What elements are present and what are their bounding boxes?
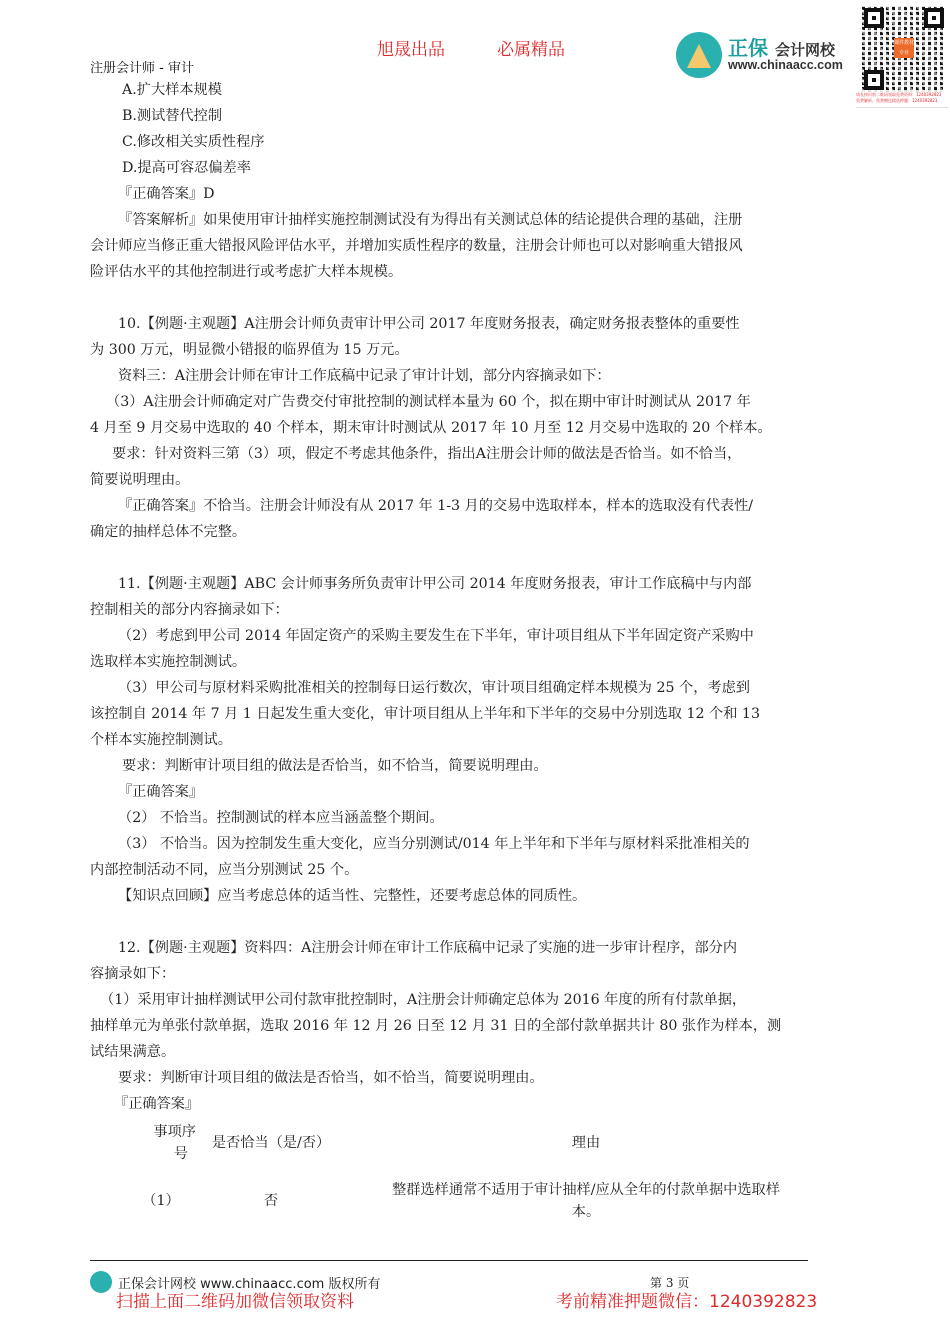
- material-three-item-3: （3）A注册会计师确定对广告费交付审批控制的测试样本量为 60 个，拟在期中审计…: [106, 389, 751, 415]
- question-11-item-2-cont: 选取样本实施控制测试。: [90, 649, 246, 675]
- question-10-cont: 为 300 万元，明显微小错报的临界值为 15 万元。: [90, 337, 409, 363]
- option-b: B.测试替代控制: [122, 103, 222, 129]
- answer-analysis: 『答案解析』如果使用审计抽样实施控制测试没有为得出有关测试总体的结论提供合理的基…: [118, 207, 742, 233]
- question-12: 12.【例题·主观题】资料四：A注册会计师在审计工作底稿中记录了实施的进一步审计…: [118, 935, 737, 961]
- knowledge-review: 【知识点回顾】应当考虑总体的适当性、完整性，还要考虑总体的同质性。: [118, 883, 586, 909]
- question-10: 10.【例题·主观题】A注册会计师负责审计甲公司 2017 年度财务报表，确定财…: [118, 311, 740, 337]
- answer-table: 事项序 号 是否恰当（是/否） 理由 （1） 否 整群选样通常不适用于审计抽样/…: [126, 1121, 826, 1223]
- cell-appropriate: 否: [196, 1179, 346, 1223]
- logo-brand: 正保: [728, 36, 768, 60]
- logo-brand-sub: 会计网校: [775, 41, 835, 59]
- correct-answer: 『正确答案』D: [118, 181, 215, 207]
- slogan-right: 必属精品: [497, 35, 565, 60]
- option-d: D.提高可容忍偏差率: [122, 155, 251, 181]
- chinaacc-logo: 正保 会计网校 www.chinaacc.com: [676, 28, 862, 80]
- question-12-item-1: （1）采用审计抽样测试甲公司付款审批控制时，A注册会计师确定总体为 2016 年…: [100, 987, 746, 1013]
- question-12-item-1-cont: 抽样单元为单张付款单据，选取 2016 年 12 月 26 日至 12 月 31…: [90, 1013, 781, 1039]
- qr-finder-icon: [864, 8, 884, 28]
- slogan-left: 旭晟出品: [377, 35, 445, 60]
- question-12-cont: 容摘录如下：: [90, 961, 175, 987]
- footer-logo-icon: [90, 1271, 112, 1293]
- question-11-item-3-cont: 该控制自 2014 年 7 月 1 日起发生重大变化，审计项目组从上半年和下半年…: [90, 701, 760, 727]
- answer-item-3-cont: 内部控制活动不同，应当分别测试 25 个。: [90, 857, 358, 883]
- promo-left: 扫描上面二维码加微信领取资料: [116, 1287, 354, 1312]
- option-a: A.扩大样本规模: [122, 77, 222, 103]
- table-header-row: 事项序 号 是否恰当（是/否） 理由: [126, 1121, 826, 1165]
- question-11-cont: 控制相关的部分内容摘录如下：: [90, 597, 289, 623]
- option-c: C.修改相关实质性程序: [122, 129, 265, 155]
- question-12-item-1-cont: 试结果满意。: [90, 1039, 175, 1065]
- cell-reason: 整群选样通常不适用于审计抽样/应从全年的付款单据中选取样 本。: [346, 1179, 826, 1223]
- correct-answer: 『正确答案』: [114, 1091, 199, 1117]
- requirement: 要求：判断审计项目组的做法是否恰当，如不恰当，简要说明理由。: [118, 1065, 544, 1091]
- material-three: 资料三：A注册会计师在审计工作底稿中记录了审计计划，部分内容摘录如下：: [118, 363, 611, 389]
- question-11: 11.【例题·主观题】ABC 会计师事务所负责审计甲公司 2014 年度财务报表…: [118, 571, 751, 597]
- footer-divider: [90, 1260, 808, 1261]
- answer-analysis-cont: 会计师应当修正重大错报风险评估水平，并增加实质性程序的数量，注册会计师也可以对影…: [90, 233, 743, 259]
- requirement: 要求：判断审计项目组的做法是否恰当，如不恰当，简要说明理由。: [122, 753, 548, 779]
- header-reason: 理由: [346, 1121, 826, 1165]
- qr-caption: 请长按识别二维码领取免费资料：1240392823 免费解析、免费赠送精选押题：…: [856, 92, 948, 108]
- requirement: 要求：针对资料三第（3）项，假定不考虑其他条件，指出A注册会计师的做法是否恰当。…: [112, 441, 741, 467]
- promo-right: 考前精准押题微信：1240392823: [556, 1287, 817, 1312]
- question-11-item-3: （3）甲公司与原材料采购批准相关的控制每日运行数次，审计项目组确定样本规模为 2…: [118, 675, 750, 701]
- table-row: （1） 否 整群选样通常不适用于审计抽样/应从全年的付款单据中选取样 本。: [126, 1179, 826, 1223]
- answer-item-2: （2） 不恰当。控制测试的样本应当涵盖整个期间。: [118, 805, 444, 831]
- logo-emblem-icon: [676, 32, 722, 78]
- qr-code: 课件教材专业: [862, 6, 946, 92]
- answer-item-3: （3） 不恰当。因为控制发生重大变化，应当分别测试/014 年上半年和下半年与原…: [118, 831, 750, 857]
- qr-center-badge: 课件教材专业: [894, 38, 914, 58]
- question-11-item-3-cont: 个样本实施控制测试。: [90, 727, 232, 753]
- header-item-number: 事项序 号: [126, 1121, 196, 1165]
- qr-finder-icon: [864, 70, 884, 90]
- header-appropriate: 是否恰当（是/否）: [196, 1121, 346, 1165]
- cell-item: （1）: [126, 1179, 196, 1223]
- requirement-cont: 简要说明理由。: [90, 467, 189, 493]
- document-subject: 注册会计师 - 审计: [90, 57, 194, 76]
- qr-finder-icon: [924, 8, 944, 28]
- question-11-item-2: （2）考虑到甲公司 2014 年固定资产的采购主要发生在下半年，审计项目组从下半…: [118, 623, 754, 649]
- logo-url: www.chinaacc.com: [728, 58, 843, 72]
- correct-answer: 『正确答案』: [118, 779, 203, 805]
- answer-analysis-cont: 险评估水平的其他控制进行或考虑扩大样本规模。: [90, 259, 402, 285]
- material-three-item-3-cont: 4 月至 9 月交易中选取的 40 个样本，期末审计时测试从 2017 年 10…: [90, 415, 772, 441]
- correct-answer-cont: 确定的抽样总体不完整。: [90, 519, 246, 545]
- correct-answer: 『正确答案』不恰当。注册会计师没有从 2017 年 1-3 月的交易中选取样本，…: [118, 493, 753, 519]
